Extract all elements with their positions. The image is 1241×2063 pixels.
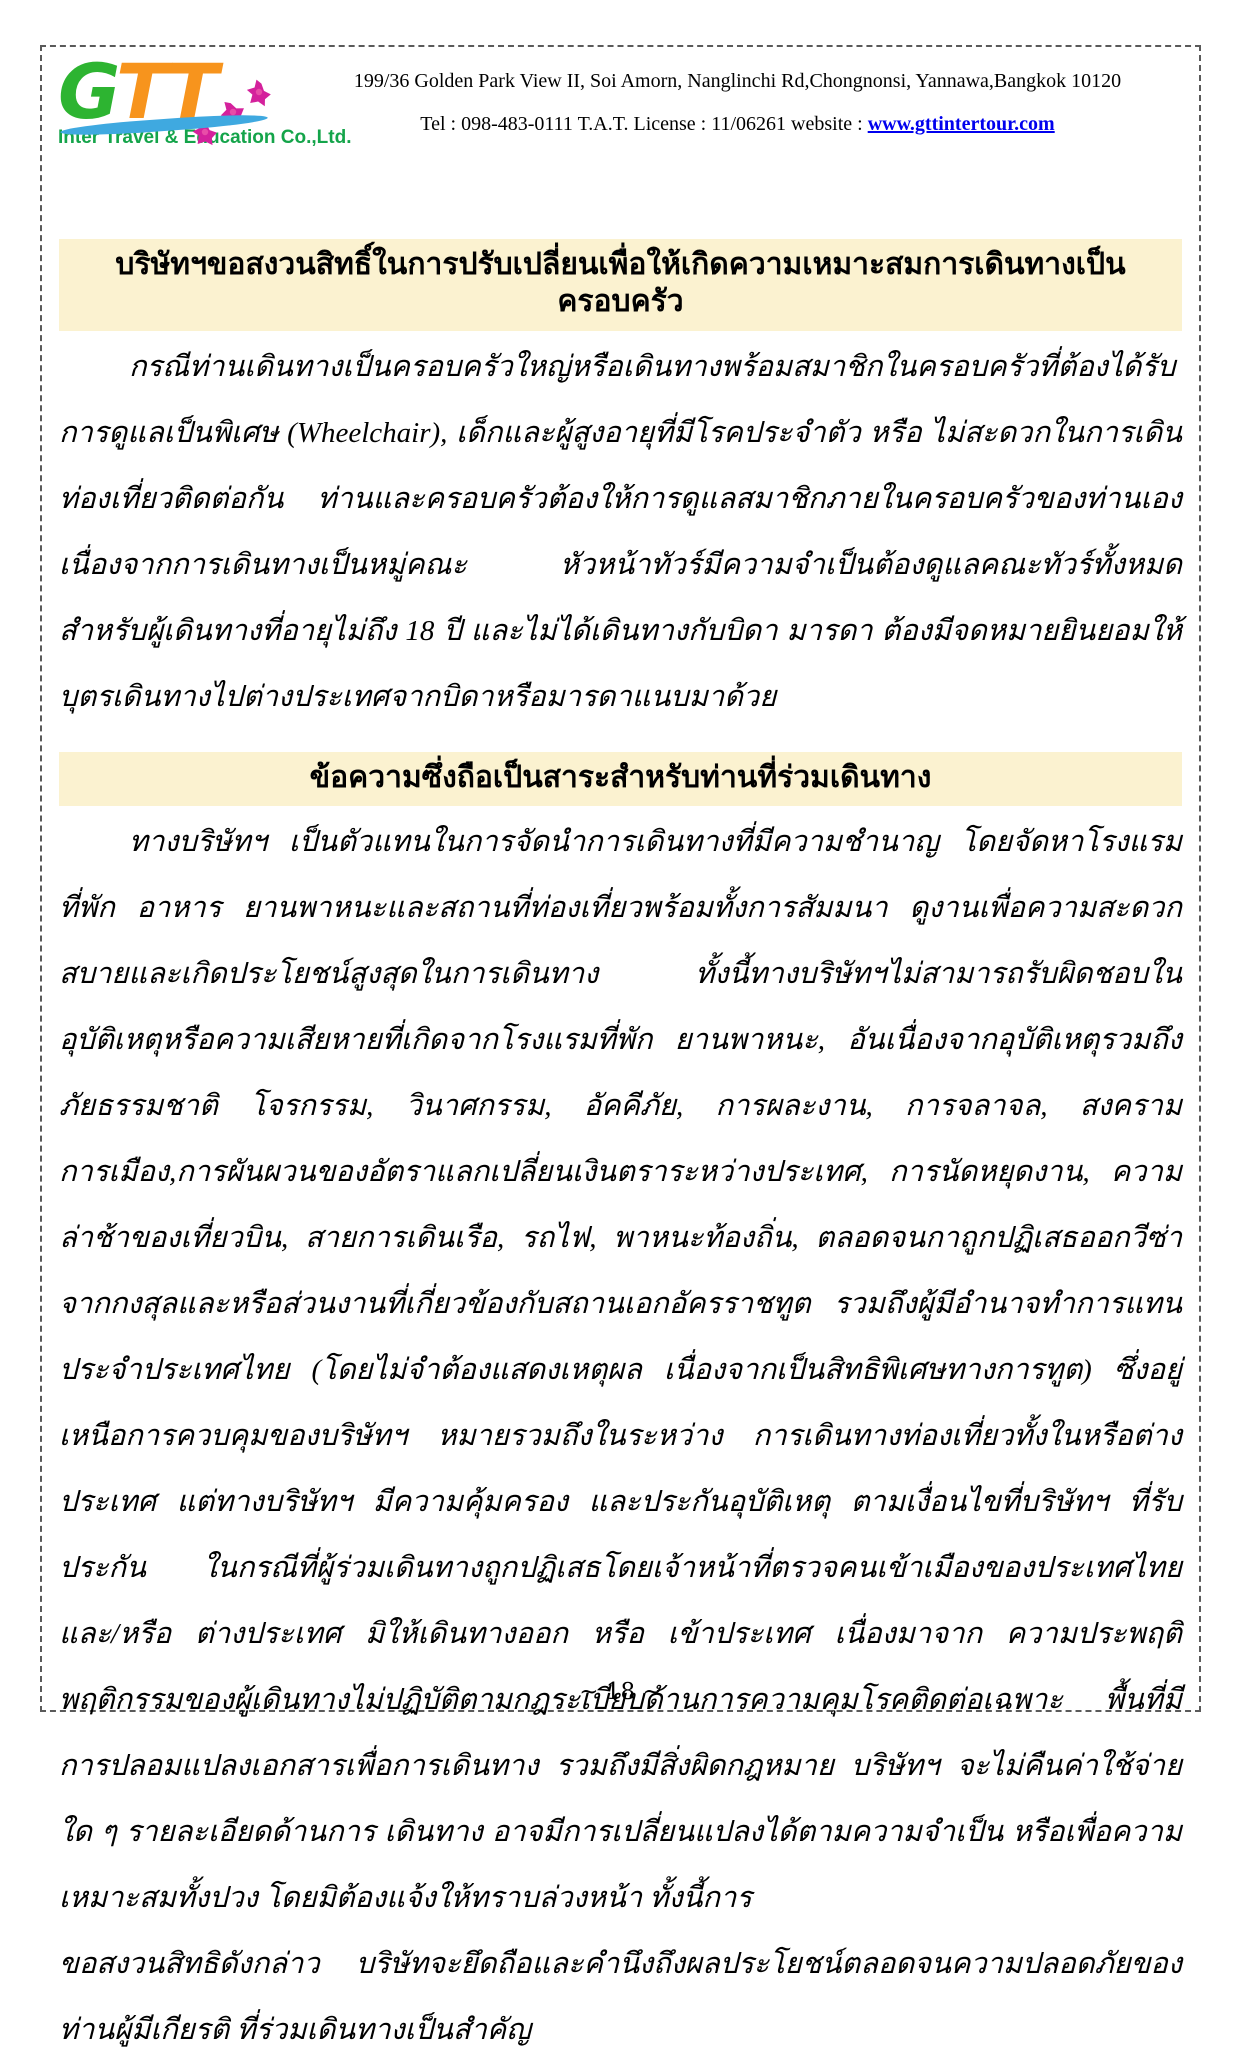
document-page: GTT Inter Travel & Educati [40, 45, 1201, 1712]
contact-prefix: Tel : 098-483-0111 T.A.T. License : 11/0… [420, 113, 867, 135]
company-contact-line: Tel : 098-483-0111 T.A.T. License : 11/0… [288, 112, 1187, 136]
page-number: ~ 18 ~ [42, 1679, 1199, 1705]
website-link[interactable]: www.gttintertour.com [868, 113, 1055, 135]
section-title-family-travel: บริษัทฯขอสงวนสิทธิ์ในการปรับเปลี่ยนเพื่อ… [59, 239, 1182, 331]
section-title-essential-notice: ข้อความซึ่งถือเป็นสาระสำหรับท่านที่ร่วมเ… [59, 752, 1182, 807]
header-contact-block: 199/36 Golden Park View II, Soi Amorn, N… [288, 55, 1187, 136]
company-address: 199/36 Golden Park View II, Soi Amorn, N… [288, 69, 1187, 93]
document-body: บริษัทฯขอสงวนสิทธิ์ในการปรับเปลี่ยนเพื่อ… [42, 239, 1199, 2063]
page-header: GTT Inter Travel & Educati [42, 47, 1199, 149]
terms-paragraph-family: กรณีท่านเดินทางเป็นครอบครัวใหญ่หรือเดินท… [59, 334, 1182, 730]
terms-paragraph-reservation: ขอสงวนสิทธิดังกล่าว บริษัทจะยึดถือและคำน… [59, 1931, 1182, 2063]
terms-paragraph-liability: ทางบริษัทฯ เป็นตัวแทนในการจัดนำการเดินทา… [59, 809, 1182, 1931]
company-logo: GTT Inter Travel & Educati [58, 55, 288, 149]
